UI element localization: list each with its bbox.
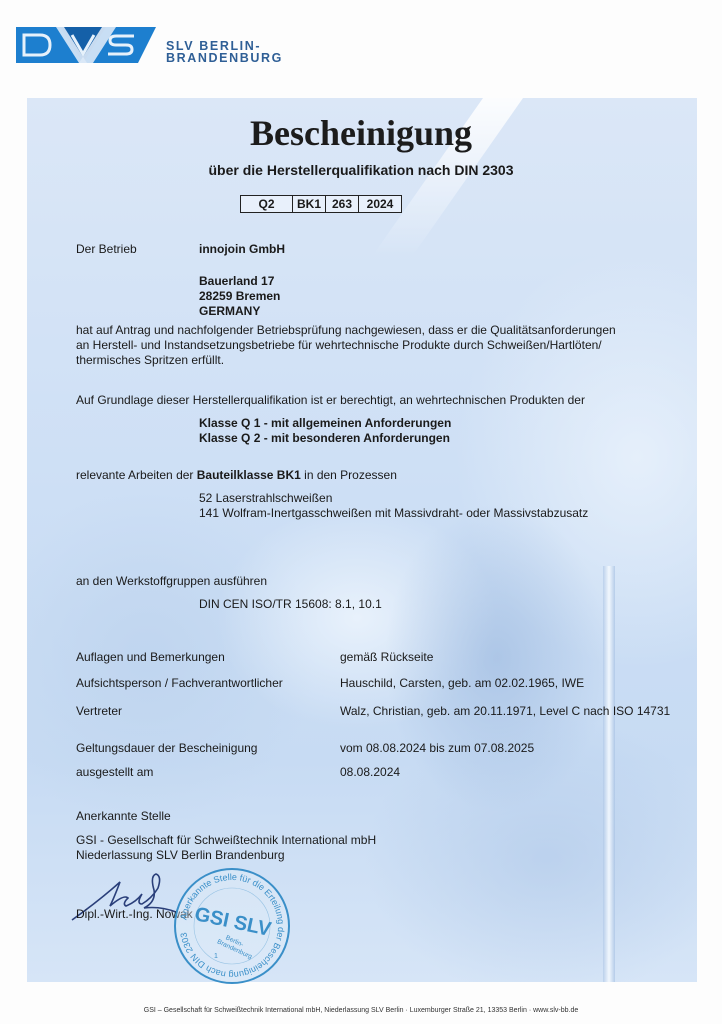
reference-quality-class: Q2: [241, 196, 292, 212]
svg-text:1: 1: [214, 953, 218, 960]
company-street: Bauerland 17: [199, 274, 274, 289]
process-52: 52 Laserstrahlschweißen: [199, 491, 332, 506]
org-name-line2: BRANDENBURG: [166, 52, 283, 64]
certificate-title: Bescheinigung: [0, 112, 722, 154]
material-intro: an den Werkstoffgruppen ausführen: [76, 574, 267, 589]
class-q1: Klasse Q 1 - mit allgemeinen Anforderung…: [199, 416, 451, 431]
org-name: SLV BERLIN- BRANDENBURG: [166, 40, 283, 64]
component-class-line: relevante Arbeiten der Bauteilklasse BK1…: [76, 468, 397, 483]
reference-number-box: Q2 BK1 263 2024: [240, 195, 402, 213]
component-class-prefix: relevante Arbeiten der: [76, 468, 197, 482]
authority-label: Anerkannte Stelle: [76, 809, 171, 824]
authority-name: GSI - Gesellschaft für Schweißtechnik In…: [76, 833, 376, 848]
detail-label-issued: ausgestellt am: [76, 765, 153, 780]
material-groups: DIN CEN ISO/TR 15608: 8.1, 10.1: [199, 597, 382, 612]
detail-value-validity: vom 08.08.2024 bis zum 07.08.2025: [340, 741, 534, 756]
company-name: innojoin GmbH: [199, 242, 285, 257]
background-welding-rod: [603, 566, 615, 982]
dvs-logo-mark-icon: [16, 27, 156, 63]
reference-number: 263: [325, 196, 358, 212]
detail-label-supervisor: Aufsichtsperson / Fachverantwortlicher: [76, 676, 283, 691]
component-class-suffix: in den Prozessen: [301, 468, 397, 482]
footer-address: GSI – Gesellschaft für Schweißtechnik In…: [0, 1007, 722, 1014]
authority-branch: Niederlassung SLV Berlin Brandenburg: [76, 848, 285, 863]
detail-label-deputy: Vertreter: [76, 704, 122, 719]
reference-component-class: BK1: [292, 196, 325, 212]
detail-label-remarks: Auflagen und Bemerkungen: [76, 650, 225, 665]
gsi-slv-stamp-icon: Anerkannte Stelle für die Erteilung der …: [172, 866, 292, 986]
statement-line: an Herstell- und Instandsetzungsbetriebe…: [76, 338, 666, 353]
statement-line: hat auf Antrag und nachfolgender Betrieb…: [76, 323, 666, 338]
detail-value-supervisor: Hauschild, Carsten, geb. am 02.02.1965, …: [340, 676, 584, 691]
certificate-subtitle: über die Herstellerqualifikation nach DI…: [0, 162, 722, 178]
statement-paragraph: hat auf Antrag und nachfolgender Betrieb…: [76, 323, 666, 368]
process-141: 141 Wolfram-Inertgasschweißen mit Massiv…: [199, 506, 588, 521]
authorization-intro: Auf Grundlage dieser Herstellerqualifika…: [76, 393, 585, 408]
detail-value-remarks: gemäß Rückseite: [340, 650, 433, 665]
dvs-logo: SLV BERLIN- BRANDENBURG: [16, 27, 276, 63]
detail-label-validity: Geltungsdauer der Bescheinigung: [76, 741, 257, 756]
class-q2: Klasse Q 2 - mit besonderen Anforderunge…: [199, 431, 450, 446]
detail-value-deputy: Walz, Christian, geb. am 20.11.1971, Lev…: [340, 704, 670, 719]
company-label: Der Betrieb: [76, 242, 137, 257]
company-country: GERMANY: [199, 304, 260, 319]
detail-value-issued: 08.08.2024: [340, 765, 400, 780]
statement-line: thermisches Spritzen erfüllt.: [76, 353, 666, 368]
reference-year: 2024: [358, 196, 401, 212]
component-class: Bauteilklasse BK1: [197, 468, 301, 482]
company-city: 28259 Bremen: [199, 289, 280, 304]
